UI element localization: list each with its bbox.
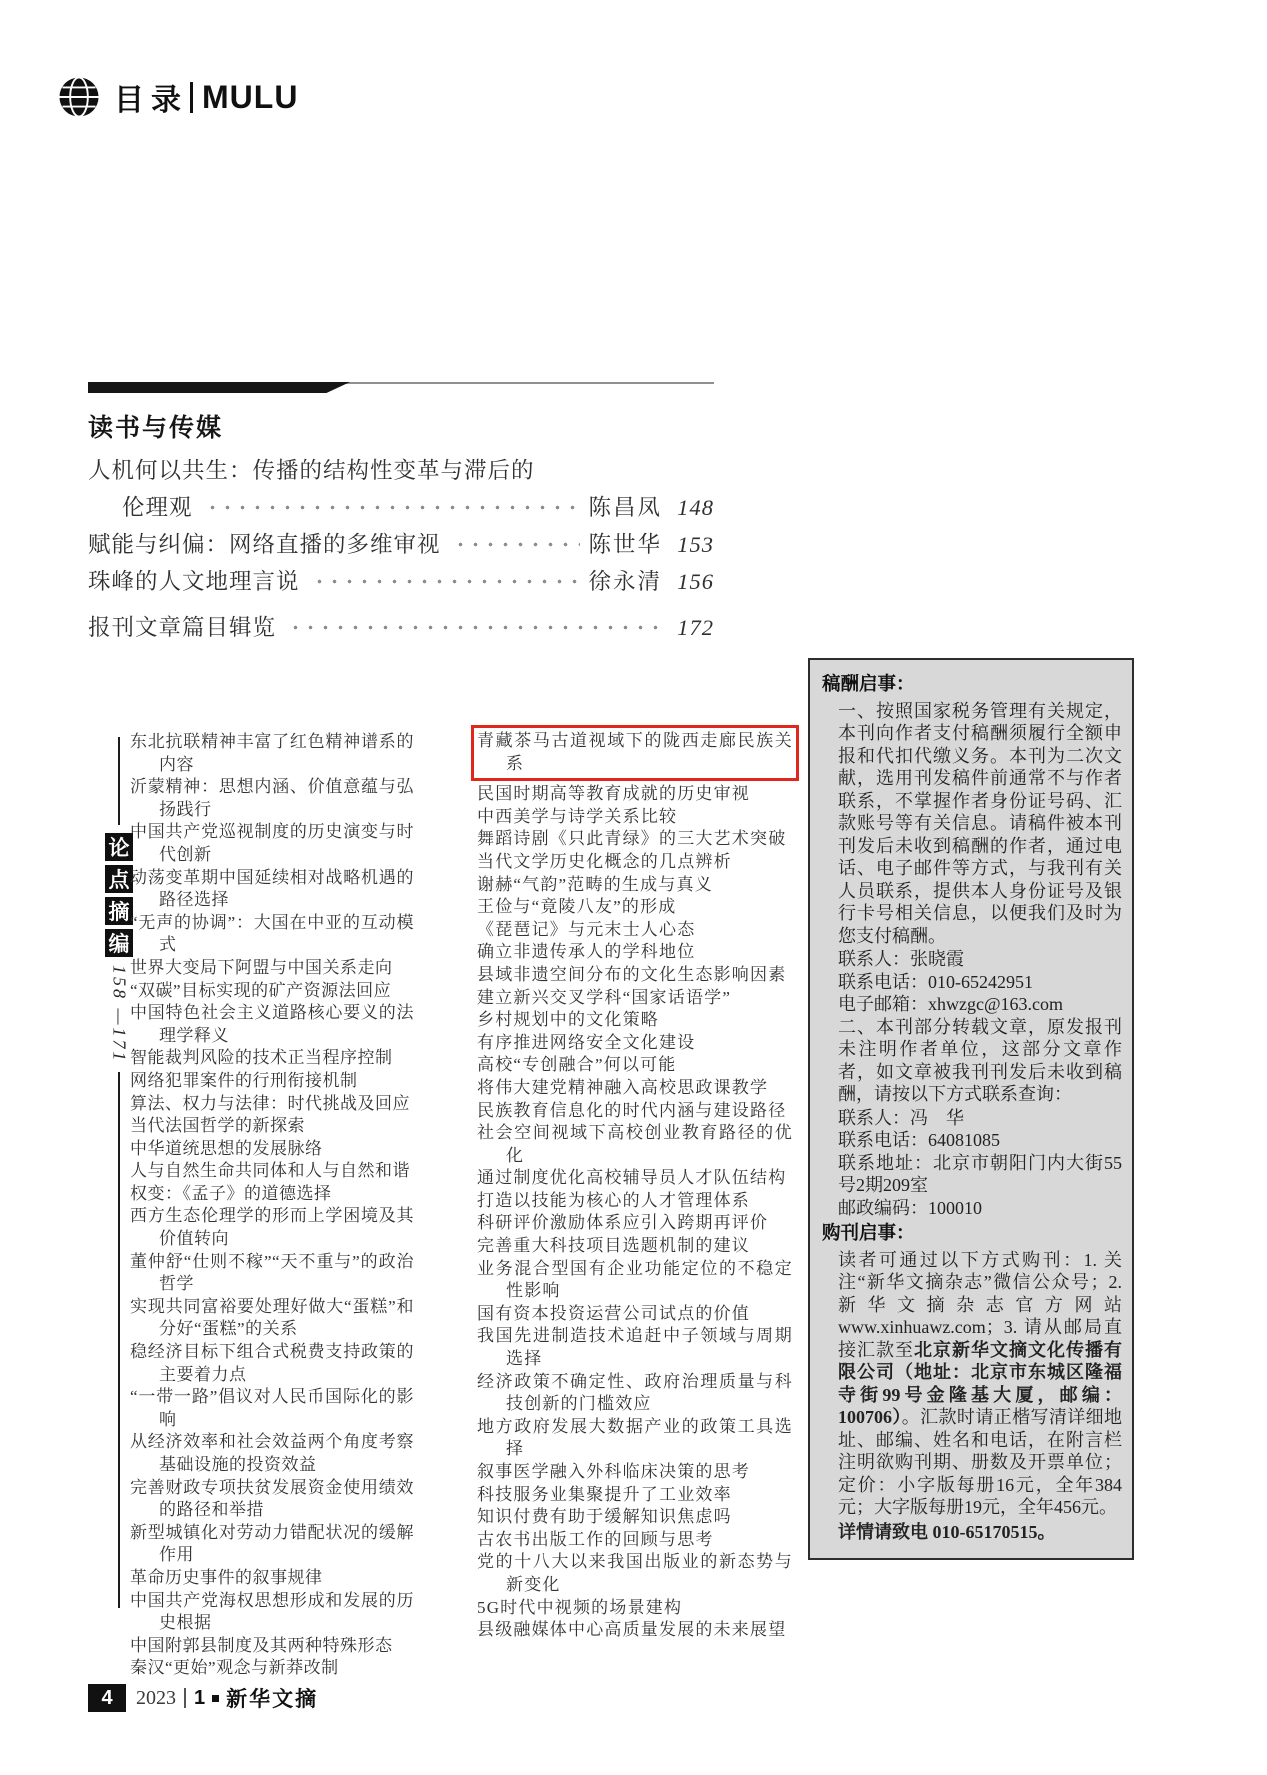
catalog-entry-page: 172 [670, 609, 714, 646]
article-title: 当代法国哲学的新探索 [130, 1115, 414, 1138]
contact-line: 邮政编码：100010 [838, 1197, 1122, 1220]
contact-line: 联系人：张晓霞 [838, 948, 1122, 971]
article-title: 民族教育信息化的时代内涵与建设路径 [477, 1100, 793, 1123]
article-title: 国有资本投资运营公司试点的价值 [477, 1303, 793, 1326]
rule-black-bar [88, 382, 350, 393]
highlight-box: 青藏茶马古道视域下的陇西走廊民族关系 [471, 725, 799, 781]
page-footer: 4 2023 1 新华文摘 [88, 1683, 318, 1713]
footer-separator [184, 1688, 186, 1708]
article-title: 革命历史事件的叙事规律 [130, 1567, 414, 1590]
article-title: 《琵琶记》与元末士人心态 [477, 919, 793, 942]
spine-line-top [118, 737, 121, 825]
article-title: 民国时期高等教育成就的历史审视 [477, 783, 793, 806]
article-title: 高校“专创融合”何以可能 [477, 1054, 793, 1077]
article-title: 5G时代中视频的场景建构 [477, 1597, 793, 1620]
article-title: 实现共同富裕要处理好做大“蛋糕”和分好“蛋糕”的关系 [130, 1296, 414, 1341]
article-title: 中国特色社会主义道路核心要义的法理学释义 [130, 1002, 414, 1047]
article-title: 谢赫“气韵”范畴的生成与真义 [477, 874, 793, 897]
article-title: 我国先进制造技术追赶中子领域与周期选择 [477, 1325, 793, 1370]
article-title: 县级融媒体中心高质量发展的未来展望 [477, 1619, 793, 1642]
contact-line: 联系电话：010-65242951 [838, 971, 1122, 994]
toc-entry-page: 156 [670, 563, 714, 600]
article-title: 科技服务业集聚提升了工业效率 [477, 1484, 793, 1507]
article-title: 中国附郭县制度及其两种特殊形态 [130, 1635, 414, 1658]
article-title: 党的十八大以来我国出版业的新态势与新变化 [477, 1551, 793, 1596]
article-title: 权变：《孟子》的道德选择 [130, 1183, 414, 1206]
masthead: 目录 MULU [56, 74, 298, 120]
masthead-title-en: MULU [202, 79, 298, 116]
spine-label-char: 点 [105, 865, 133, 893]
article-title: 西方生态伦理学的形而上学困境及其价值转向 [130, 1205, 414, 1250]
toc-entry-author: 徐永清 [588, 563, 662, 600]
article-title: 世界大变局下阿盟与中国关系走向 [130, 957, 414, 980]
purchase-paragraph: 读者可通过以下方式购刊：1. 关注“新华文摘杂志”微信公众号；2. 新华文摘杂志… [838, 1249, 1122, 1519]
article-title: 知识付费有助于缓解知识焦虑吗 [477, 1506, 793, 1529]
contact-list-2: 联系人：冯 华 联系电话：64081085 联系地址：北京市朝阳门内大街55号2… [838, 1107, 1122, 1220]
spine-label: 论 点 摘 编 [105, 833, 133, 961]
article-title: “无声的协调”：大国在中亚的互动模式 [130, 912, 414, 957]
dot-leader [451, 537, 581, 553]
middle-column-items: 民国时期高等教育成就的历史审视 中西美学与诗学关系比较 舞蹈诗剧《只此青绿》的三… [477, 783, 793, 1642]
article-title: “双碳”目标实现的矿产资源法回应 [130, 980, 414, 1003]
article-title: 秦汉“更始”观念与新莽改制 [130, 1657, 414, 1680]
toc-entry-author: 陈昌凤 [588, 489, 662, 526]
contact-line: 电子邮箱：xhwzgc@163.com [838, 993, 1122, 1016]
article-title: 王俭与“竟陵八友”的形成 [477, 896, 793, 919]
toc-entry-page: 148 [670, 489, 714, 526]
article-title: 当代文学历史化概念的几点辨析 [477, 851, 793, 874]
article-title: 确立非遗传承人的学科地位 [477, 941, 793, 964]
toc-entry-title: 伦理观 [88, 489, 193, 526]
digest-middle-column: 青藏茶马古道视域下的陇西走廊民族关系 民国时期高等教育成就的历史审视 中西美学与… [477, 731, 793, 1642]
article-title: 智能裁判风险的技术正当程序控制 [130, 1047, 414, 1070]
article-title: 沂蒙精神：思想内涵、价值意蕴与弘扬践行 [130, 776, 414, 821]
contact-line: 联系电话：64081085 [838, 1129, 1122, 1152]
article-title: 通过制度优化高校辅导员人才队伍结构 [477, 1167, 793, 1190]
toc-entry-line1: 人机何以共生：传播的结构性变革与滞后的 [88, 452, 714, 489]
article-title: 建立新兴交叉学科“国家话语学” [477, 987, 793, 1010]
article-title: 稳经济目标下组合式税费支持政策的主要着力点 [130, 1341, 414, 1386]
spine-label-char: 论 [105, 833, 133, 861]
contact-line: 联系地址：北京市朝阳门内大街55号2期209室 [838, 1152, 1122, 1197]
footer-brand: 新华文摘 [226, 1683, 318, 1713]
masthead-title-cn: 目录 [114, 75, 188, 119]
article-title: 业务混合型国有企业功能定位的不稳定性影响 [477, 1258, 793, 1303]
globe-icon [56, 74, 102, 120]
article-title: 经济政策不确定性、政府治理质量与科技创新的门槛效应 [477, 1371, 793, 1416]
catalog-entry-title: 报刊文章篇目辑览 [88, 609, 276, 646]
square-bullet-icon [212, 1695, 219, 1702]
article-title: 科研评价激励体系应引入跨期再评价 [477, 1212, 793, 1235]
reading-media-section: 读书与传媒 人机何以共生：传播的结构性变革与滞后的 伦理观 陈昌凤 148 [88, 382, 714, 646]
article-title: 叙事医学融入外科临床决策的思考 [477, 1461, 793, 1484]
article-title: 东北抗联精神丰富了红色精神谱系的内容 [130, 731, 414, 776]
toc-entry-list: 人机何以共生：传播的结构性变革与滞后的 伦理观 陈昌凤 148 赋能与纠偏：网络… [88, 452, 714, 600]
remuneration-paragraph-2: 二、本刊部分转载文章，原发报刊未注明作者单位，这部分文章作者，如文章被我刊刊发后… [838, 1016, 1122, 1106]
section-heading: 读书与传媒 [88, 408, 714, 444]
article-title: 完善财政专项扶贫发展资金使用绩效的路径和举措 [130, 1477, 414, 1522]
toc-entry-title: 赋能与纠偏：网络直播的多维审视 [88, 526, 441, 563]
article-title: 中国共产党巡视制度的历史演变与时代创新 [130, 821, 414, 866]
article-title: 中西美学与诗学关系比较 [477, 806, 793, 829]
spine-line-bottom [118, 1072, 121, 1608]
masthead-divider [190, 82, 193, 113]
highlighted-article-title: 青藏茶马古道视域下的陇西走廊民族关系 [477, 730, 793, 775]
article-title: 县域非遗空间分布的文化生态影响因素 [477, 964, 793, 987]
remuneration-paragraph-1: 一、按照国家税务管理有关规定，本刊向作者支付稿酬须履行全额申报和代扣代缴义务。本… [838, 700, 1122, 948]
article-title: 有序推进网络安全文化建设 [477, 1032, 793, 1055]
notice-box: 稿酬启事： 一、按照国家税务管理有关规定，本刊向作者支付稿酬须履行全额申报和代扣… [808, 658, 1134, 1560]
dot-leader [286, 620, 662, 636]
article-title: 从经济效率和社会效益两个角度考察基础设施的投资效益 [130, 1431, 414, 1476]
toc-entry: 人机何以共生：传播的结构性变革与滞后的 伦理观 陈昌凤 148 [88, 452, 714, 526]
spine-label-char: 编 [105, 929, 133, 957]
toc-entry-page: 153 [670, 526, 714, 563]
article-title: 古农书出版工作的回顾与思考 [477, 1529, 793, 1552]
dot-leader [203, 500, 581, 516]
section-rule [88, 382, 714, 393]
article-title: 完善重大科技项目选题机制的建议 [477, 1235, 793, 1258]
remuneration-notice-title: 稿酬启事： [822, 673, 1122, 696]
article-title: 打造以技能为核心的人才管理体系 [477, 1190, 793, 1213]
article-title: 算法、权力与法律：时代挑战及回应 [130, 1093, 414, 1116]
dot-leader [310, 574, 581, 590]
article-title: 将伟大建党精神融入高校思政课教学 [477, 1077, 793, 1100]
article-title: 董仲舒“仕则不稼”“天不重与”的政治哲学 [130, 1251, 414, 1296]
spine-page-range: 158 —171 [109, 965, 130, 1064]
article-title: 舞蹈诗剧《只此青绿》的三大艺术突破 [477, 828, 793, 851]
toc-entry-author: 陈世华 [588, 526, 662, 563]
toc-entry-title: 珠峰的人文地理言说 [88, 563, 300, 600]
article-title: 中国共产党海权思想形成和发展的历史根据 [130, 1590, 414, 1635]
article-title: 人与自然生命共同体和人与自然和谐 [130, 1160, 414, 1183]
article-title: 地方政府发展大数据产业的政策工具选择 [477, 1416, 793, 1461]
toc-entry: 赋能与纠偏：网络直播的多维审视 陈世华 153 [88, 526, 714, 563]
purchase-notice-title: 购刊启事： [822, 1222, 1122, 1245]
article-title: 新型城镇化对劳动力错配状况的缓解作用 [130, 1522, 414, 1567]
article-title: 社会空间视域下高校创业教育路径的优化 [477, 1122, 793, 1167]
footer-year: 2023 [136, 1687, 176, 1710]
magazine-toc-page: { "masthead": { "title_cn": "目录", "title… [0, 0, 1267, 1775]
contact-line: 联系人：冯 华 [838, 1107, 1122, 1130]
article-title: 网络犯罪案件的行刑衔接机制 [130, 1070, 414, 1093]
catalog-entry: 报刊文章篇目辑览 172 [88, 609, 714, 646]
toc-entry: 珠峰的人文地理言说 徐永清 156 [88, 563, 714, 600]
digest-left-column: 东北抗联精神丰富了红色精神谱系的内容 沂蒙精神：思想内涵、价值意蕴与弘扬践行 中… [130, 731, 414, 1680]
purchase-hotline: 详情请致电 010-65170515。 [838, 1521, 1122, 1544]
article-title: 动荡变革期中国延续相对战略机遇的路径选择 [130, 867, 414, 912]
article-title: 乡村规划中的文化策略 [477, 1009, 793, 1032]
contact-list-1: 联系人：张晓霞 联系电话：010-65242951 电子邮箱：xhwzgc@16… [838, 948, 1122, 1016]
article-title: “一带一路”倡议对人民币国际化的影响 [130, 1386, 414, 1431]
page-number-box: 4 [88, 1684, 126, 1712]
footer-issue-number: 1 [194, 1687, 205, 1710]
spine-label-char: 摘 [105, 897, 133, 925]
article-title: 中华道统思想的发展脉络 [130, 1138, 414, 1161]
